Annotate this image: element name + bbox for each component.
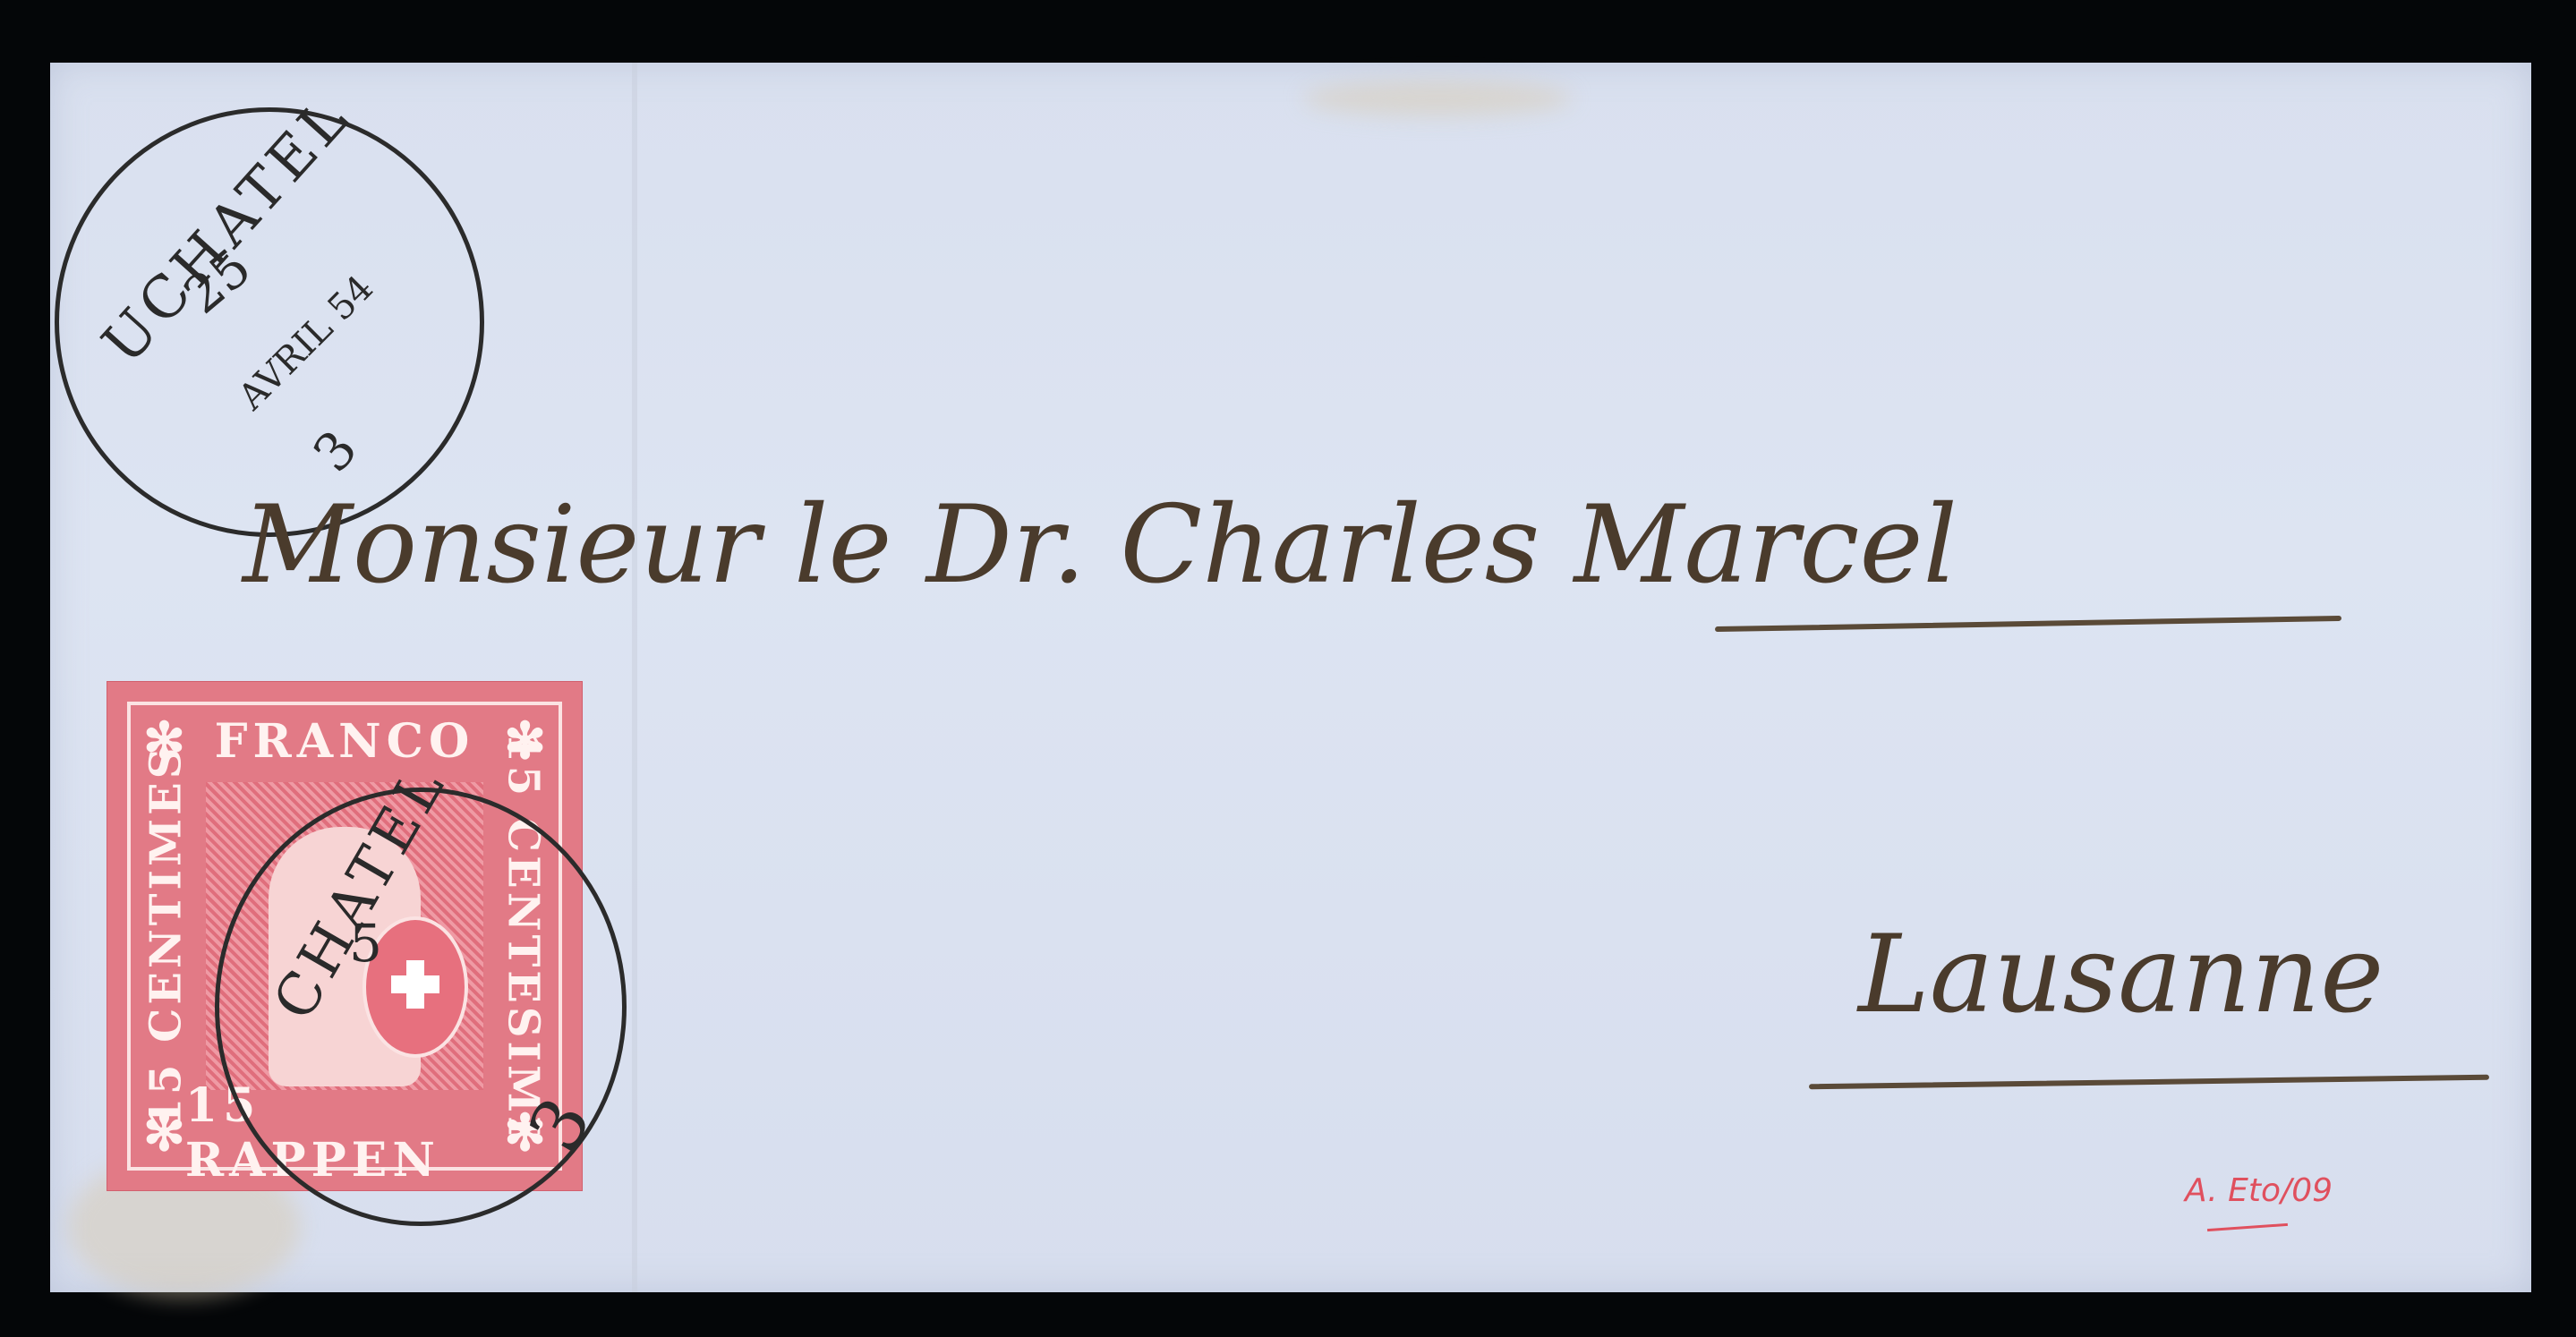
address-line-2: Lausanne [1858, 913, 2384, 1037]
stamp-top-band: ✻ FRANCO ✻ [143, 709, 546, 773]
address-underline-1 [1715, 616, 2341, 632]
address-line-1: Monsieur le Dr. Charles Marcel [243, 483, 1958, 608]
stamp-top-label: FRANCO [215, 714, 475, 769]
pencil-underline [2207, 1223, 2288, 1231]
stamp-left-band: 15 CENTIMES [134, 780, 197, 1092]
address-underline-2 [1809, 1075, 2489, 1090]
age-stain [1303, 81, 1572, 116]
pencil-note: A. Eto/09 [2185, 1172, 2333, 1209]
stamp-left-label: 15 CENTIMES [141, 745, 191, 1128]
postmark-stamp-day: 5 [349, 913, 382, 974]
ornament-icon: ✻ [143, 1103, 185, 1162]
